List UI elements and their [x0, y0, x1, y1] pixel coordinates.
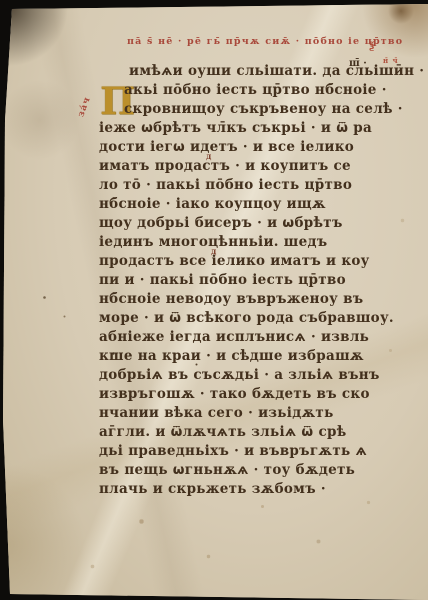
text-line: извръгошѫ · тако бѫдеть въ ско: [99, 385, 404, 404]
lection-start-mark: за́ч: [76, 95, 93, 118]
text-line: пи и · пакьі пōбно іесть цр̄тво: [99, 271, 404, 290]
foxing-stain-specks: [0, 0, 1, 1]
interlinear-correction-1: д: [206, 151, 211, 161]
text-line: абніеже іегда исплънисѧ · извль: [99, 328, 404, 347]
text-line: щоу добрьі бисеръ · и ѡбрѣтъ: [99, 214, 404, 233]
text-line: ло тō · пакьі пōбно іесть цр̄тво: [99, 176, 404, 195]
text-line: дьі праведньіхъ · и въвръгѫть ѧ: [99, 442, 404, 461]
text-line: нчании вѣка сего · изьідѫть: [99, 404, 404, 423]
text-line: дости іегѡ идетъ · и все іелико: [99, 138, 404, 157]
manuscript-photo: па̄ ѕ̄ не̄ · ре̄ гь̄ пр̄чѫ сиѫ̄ · пōбно …: [0, 0, 428, 600]
text-line: иматъ продастъ · и коупитъ се: [99, 157, 404, 176]
interlinear-correction-2: д: [211, 246, 216, 256]
text-line: іединъ многоцѣнньіи. шедъ: [99, 233, 404, 252]
text-line: плачь и скрьжеть зѫбомъ ·: [99, 480, 404, 499]
text-line: въ пещь ѡгньнѫѧ · тоу бѫдеть: [99, 461, 404, 480]
text-line: аг̄гли. и ѿлѫчѧть зльіѧ ѿ срѣ: [99, 423, 404, 442]
text-line: нб̄сноіе · іако коупцоу ищѫ: [99, 195, 404, 214]
line-end-superscript-mark: ш̄ ·: [349, 58, 367, 69]
parchment-page: па̄ ѕ̄ не̄ · ре̄ гь̄ пр̄чѫ сиѫ̄ · пōбно …: [0, 0, 428, 600]
text-line: добрьіѧ въ съсѫдьі · а зльіѧ вънъ: [99, 366, 404, 385]
small-red-margin-note: н̄ ч̄: [383, 56, 399, 65]
quire-number-mark: ѯ̆: [369, 41, 375, 52]
text-line: продастъ все іелико иматъ и коу: [99, 252, 404, 271]
text-line: море · и ѿ всѣкого рода събравшоу.: [99, 309, 404, 328]
text-line: кше на краи · и сѣдше избрашѫ: [99, 347, 404, 366]
rubric-header: па̄ ѕ̄ не̄ · ре̄ гь̄ пр̄чѫ сиѫ̄ · пōбно …: [127, 36, 403, 47]
text-line: акьі пōбно іесть цр̄тво нб̄сноіе ·: [99, 81, 404, 100]
text-line: нб̄сноіе неводоу въвръженоу въ: [99, 290, 404, 309]
text-line: іеже ѡбрѣтъ чл̄къ съкрьі · и ѿ ра: [99, 119, 404, 138]
text-line: скровнищоу съкръвеноу на селѣ ·: [99, 100, 404, 119]
text-block: имѣѧи оуши сльішати. да сльішӣн ·акьі пō…: [99, 62, 404, 499]
